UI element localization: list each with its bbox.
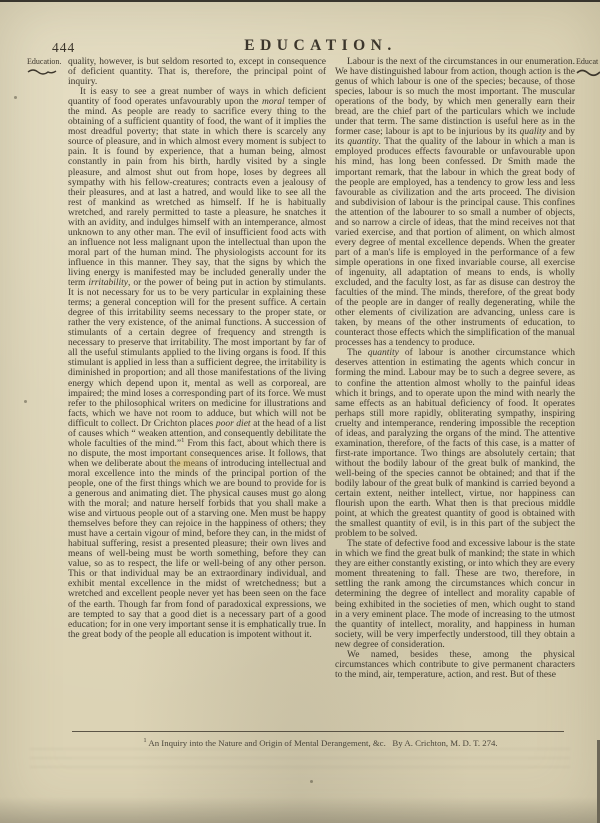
text-run: Labour is the next of the circumstances … <box>335 57 575 137</box>
text-run: The <box>347 348 368 358</box>
margin-note-right-label: Educat <box>576 57 598 66</box>
paper-speck <box>14 96 17 99</box>
text-run: quantity <box>347 137 378 147</box>
bleedthrough-smudge <box>30 748 570 770</box>
text-run: irritability <box>88 278 128 288</box>
text-run: An Inquiry into the Nature and Origin of… <box>147 738 498 748</box>
paragraph: The state of defective food and excessiv… <box>335 539 575 650</box>
margin-note-left: Education. <box>27 57 67 76</box>
footnote-rule <box>72 731 564 732</box>
text-run: poor diet <box>216 419 251 429</box>
paper-speck <box>24 400 27 403</box>
paragraph: The quantity of labour is another circum… <box>335 348 575 539</box>
paragraph: It is easy to see a great number of ways… <box>68 87 326 640</box>
margin-note-left-label: Education. <box>27 57 61 66</box>
text-run: temper of the mind. As people are ready … <box>68 97 326 288</box>
footnote: 1 An Inquiry into the Nature and Origin … <box>68 738 573 748</box>
paragraph: We named, besides these, among the physi… <box>335 650 575 680</box>
left-column: quality, however, is but seldom resorted… <box>68 57 326 729</box>
book-page: 444 EDUCATION. Education. Educat quality… <box>0 0 600 823</box>
text-run: quantity <box>368 348 399 358</box>
text-run: quality, however, is but seldom resorted… <box>68 57 326 87</box>
text-run: . That the quality of the labour in whic… <box>335 137 575 348</box>
text-run: We named, besides these, among the physi… <box>335 650 575 680</box>
paper-stain <box>160 450 208 476</box>
paper-speck <box>310 780 313 783</box>
paragraph: quality, however, is but seldom resorted… <box>68 57 326 87</box>
text-run: The state of defective food and excessiv… <box>335 539 575 649</box>
text-run: moral <box>262 97 285 107</box>
text-run: quality <box>520 127 546 137</box>
text-run: of labour is another circumstance which … <box>335 348 575 539</box>
margin-note-right: Educat <box>576 57 600 78</box>
text-columns: quality, however, is but seldom resorted… <box>68 57 575 729</box>
margin-flourish-icon <box>576 68 600 78</box>
right-column: Labour is the next of the circumstances … <box>335 57 575 729</box>
paragraph: Labour is the next of the circumstances … <box>335 57 575 348</box>
margin-flourish-icon <box>27 68 57 76</box>
scan-top-edge <box>0 0 600 2</box>
text-run: , or the power of being put in action by… <box>68 278 326 429</box>
scan-bottom-shade <box>0 797 600 823</box>
page-title: EDUCATION. <box>68 37 573 55</box>
